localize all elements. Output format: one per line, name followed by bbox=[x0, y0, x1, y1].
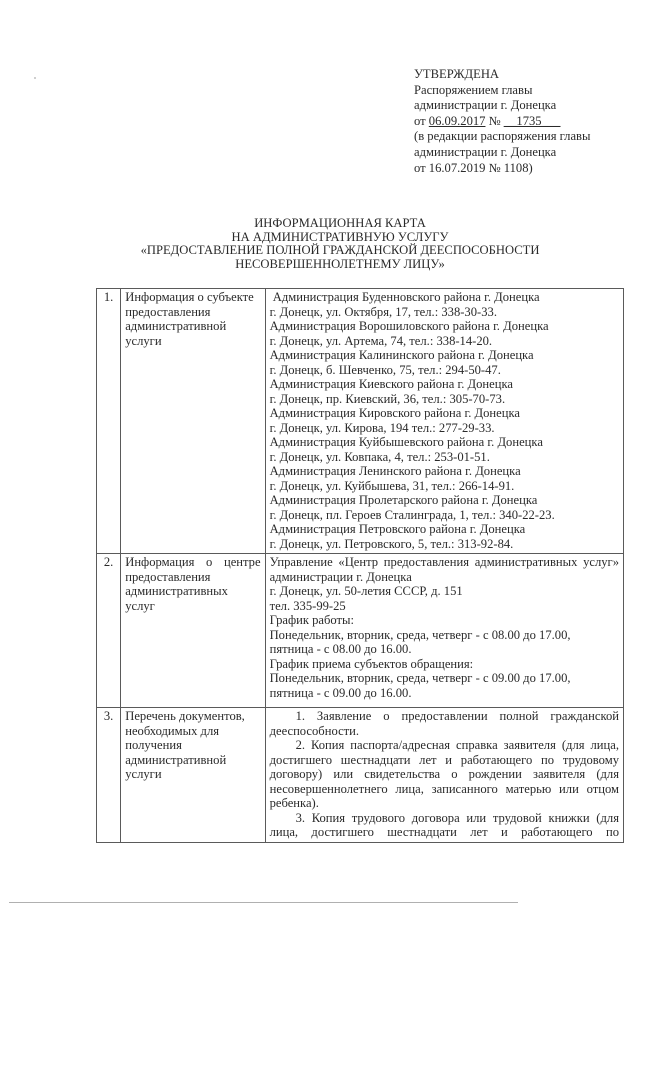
content-line: Администрация Петровского района г. Доне… bbox=[270, 522, 619, 537]
schedule-title: График работы: bbox=[270, 613, 619, 628]
scan-speck bbox=[34, 77, 36, 79]
reception-friday: пятница - с 09.00 до 16.00. bbox=[270, 686, 619, 701]
center-phone: тел. 335-99-25 bbox=[270, 599, 619, 614]
document-title: ИНФОРМАЦИОННАЯ КАРТА НА АДМИНИСТРАТИВНУЮ… bbox=[100, 217, 580, 271]
row-content: 1. Заявление о предоставлении полной гра… bbox=[265, 708, 623, 843]
content-line: Администрация Ленинского района г. Донец… bbox=[270, 464, 619, 479]
table-row: 1. Информация о субъекте предоставления … bbox=[97, 289, 624, 554]
approval-stamp: УТВЕРЖДЕНА Распоряжением главы администр… bbox=[414, 67, 590, 176]
content-line: Администрация Калининского района г. Дон… bbox=[270, 348, 619, 363]
content-line: Администрация Кировского района г. Донец… bbox=[270, 406, 619, 421]
schedule-friday: пятница - с 08.00 до 16.00. bbox=[270, 642, 619, 657]
reception-weekdays: Понедельник, вторник, среда, четверг - с… bbox=[270, 671, 619, 686]
row-number: 3. bbox=[97, 708, 121, 843]
content-line: г. Донецк, ул. Петровского, 5, тел.: 313… bbox=[270, 537, 619, 552]
row-content: Администрация Буденновского района г. До… bbox=[265, 289, 623, 554]
approval-heading: УТВЕРЖДЕНА bbox=[414, 67, 590, 83]
number-prefix: № bbox=[485, 114, 503, 128]
page-edge-line bbox=[9, 902, 518, 903]
content-line: Администрация Пролетарского района г. До… bbox=[270, 493, 619, 508]
content-line: г. Донецк, ул. Ковпака, 4, тел.: 253-01-… bbox=[270, 450, 619, 465]
approval-line: администрации г. Донецка bbox=[414, 98, 590, 114]
content-line: г. Донецк, ул. Артема, 74, тел.: 338-14-… bbox=[270, 334, 619, 349]
content-line: Администрация Ворошиловского района г. Д… bbox=[270, 319, 619, 334]
row-content: Управление «Центр предоставления админис… bbox=[265, 554, 623, 708]
table-row: 3. Перечень документов, необходимых для … bbox=[97, 708, 624, 843]
row-number: 1. bbox=[97, 289, 121, 554]
content-line: г. Донецк, ул. Куйбышева, 31, тел.: 266-… bbox=[270, 479, 619, 494]
title-line: ИНФОРМАЦИОННАЯ КАРТА bbox=[100, 217, 580, 231]
table-row: 2. Информация о центре предоставления ад… bbox=[97, 554, 624, 708]
amendment-line: (в редакции распоряжения главы bbox=[414, 129, 590, 145]
content-line: г. Донецк, ул. Октября, 17, тел.: 338-30… bbox=[270, 305, 619, 320]
center-name: Управление «Центр предоставления админис… bbox=[270, 555, 619, 584]
content-line: Администрация Куйбышевского района г. До… bbox=[270, 435, 619, 450]
row-label: Информация о субъекте предоставления адм… bbox=[121, 289, 265, 554]
amendment-line: администрации г. Донецка bbox=[414, 145, 590, 161]
content-line: г. Донецк, пл. Героев Сталинграда, 1, те… bbox=[270, 508, 619, 523]
title-line: НЕСОВЕРШЕННОЛЕТНЕМУ ЛИЦУ» bbox=[100, 258, 580, 272]
approval-line: Распоряжением главы bbox=[414, 83, 590, 99]
document-item: 2. Копия паспорта/адресная справка заяви… bbox=[270, 738, 619, 811]
document-item: 3. Копия трудового договора или трудовой… bbox=[270, 811, 619, 840]
center-address: г. Донецк, ул. 50-летия СССР, д. 151 bbox=[270, 584, 619, 599]
reception-title: График приема субъектов обращения: bbox=[270, 657, 619, 672]
row-label: Перечень документов, необходимых для пол… bbox=[121, 708, 265, 843]
amendment-line: от 16.07.2019 № 1108) bbox=[414, 161, 590, 177]
info-table: 1. Информация о субъекте предоставления … bbox=[96, 288, 624, 843]
row-label: Информация о центре предоставления админ… bbox=[121, 554, 265, 708]
date-prefix: от bbox=[414, 114, 429, 128]
row-number: 2. bbox=[97, 554, 121, 708]
content-line: г. Донецк, б. Шевченко, 75, тел.: 294-50… bbox=[270, 363, 619, 378]
approval-number: __1735___ bbox=[504, 114, 561, 128]
content-line: г. Донецк, пр. Киевский, 36, тел.: 305-7… bbox=[270, 392, 619, 407]
title-line: НА АДМИНИСТРАТИВНУЮ УСЛУГУ bbox=[100, 231, 580, 245]
title-line: «ПРЕДОСТАВЛЕНИЕ ПОЛНОЙ ГРАЖДАНСКОЙ ДЕЕСП… bbox=[100, 244, 580, 258]
approval-date: 06.09.2017 bbox=[429, 114, 486, 128]
content-line: г. Донецк, ул. Кирова, 194 тел.: 277-29-… bbox=[270, 421, 619, 436]
content-line: Администрация Буденновского района г. До… bbox=[270, 290, 619, 305]
content-line: Администрация Киевского района г. Донецк… bbox=[270, 377, 619, 392]
document-item: 1. Заявление о предоставлении полной гра… bbox=[270, 709, 619, 738]
schedule-weekdays: Понедельник, вторник, среда, четверг - с… bbox=[270, 628, 619, 643]
approval-date-line: от 06.09.2017 № __1735___ bbox=[414, 114, 590, 130]
